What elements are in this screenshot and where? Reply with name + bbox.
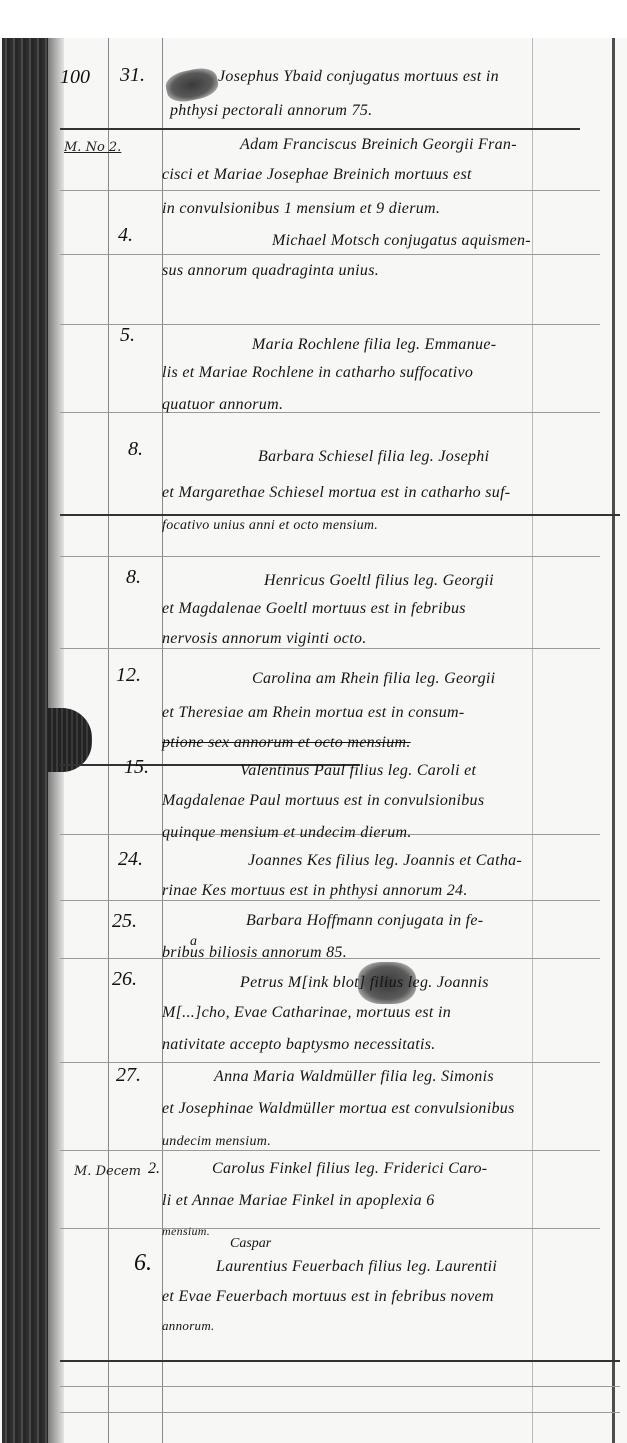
entry-line: undecim mensium. — [162, 1134, 607, 1150]
rule — [60, 648, 600, 649]
entry-day: 2. — [148, 1160, 160, 1178]
entry-line: et Margarethae Schiesel mortua est in ca… — [162, 484, 607, 502]
entry-line: mensium. — [162, 1224, 607, 1239]
entry-line: Henricus Goeltl filius leg. Georgii — [264, 572, 627, 590]
entry-line: annorum. — [162, 1318, 607, 1334]
entry-day: 25. — [112, 910, 137, 933]
entry-line: Adam Franciscus Breinich Georgii Fran- — [240, 136, 618, 154]
entry-line: cisci et Mariae Josephae Breinich mortuu… — [162, 166, 607, 184]
entry-day: 5. — [120, 324, 135, 347]
entry-line: Laurentius Feuerbach filius leg. Laurent… — [216, 1258, 594, 1276]
entry-day: 6. — [134, 1250, 152, 1277]
book-binding-shadow — [2, 38, 48, 1443]
entry-line: quatuor annorum. — [162, 396, 607, 414]
entry-line: Josephus Ybaid conjugatus mortuus est in — [218, 68, 596, 86]
column-rule-margin — [108, 38, 109, 1443]
rule — [60, 1412, 620, 1413]
rule — [60, 1062, 600, 1063]
entry-line: Carolus Finkel filius leg. Friderici Car… — [212, 1160, 590, 1178]
entry-line: Maria Rochlene filia leg. Emmanue- — [252, 336, 627, 354]
entry-day: 24. — [118, 848, 143, 871]
month-marker: M. No 2. — [64, 140, 121, 155]
rule — [60, 324, 600, 325]
entry-line: Petrus M[ink blot] filius leg. Joannis — [240, 974, 618, 992]
entry-line: Barbara Schiesel filia leg. Josephi — [258, 448, 627, 466]
entry-line: Barbara Hoffmann conjugata in fe- — [246, 912, 624, 930]
entry-line: Magdalenae Paul mortuus est in convulsio… — [162, 792, 607, 810]
entry-line: bribus biliosis annorum 85. — [162, 944, 607, 962]
entry-line: rinae Kes mortuus est in phthysi annorum… — [162, 882, 607, 900]
rule — [60, 900, 600, 901]
entry-day: 8. — [128, 438, 143, 461]
rule — [60, 1386, 620, 1387]
entry-line: focativo unius anni et octo mensium. — [162, 518, 607, 534]
entry-line: Valentinus Paul filius leg. Caroli et — [240, 762, 618, 780]
entry-line: ptione sex annorum et octo mensium. — [162, 734, 607, 752]
entry-line: et Magdalenae Goeltl mortuus est in febr… — [162, 600, 607, 618]
correction-inserted-name: Caspar — [230, 1236, 271, 1252]
entry-line: Michael Motsch conjugatus aquismen- — [272, 232, 627, 250]
entry-line: et Josephinae Waldmüller mortua est conv… — [162, 1100, 607, 1118]
entry-day: 15. — [124, 756, 149, 779]
rule — [60, 556, 600, 557]
entry-day: 12. — [116, 664, 141, 687]
entry-line: lis et Mariae Rochlene in catharho suffo… — [162, 364, 607, 382]
entry-line: Carolina am Rhein filia leg. Georgii — [252, 670, 627, 688]
rule — [60, 190, 600, 191]
month-marker: M. Decem — [74, 1164, 141, 1179]
entry-day: 26. — [112, 968, 137, 991]
entry-line: nativitate accepto baptysmo necessitatis… — [162, 1036, 607, 1054]
entry-line: in convulsionibus 1 mensium et 9 dierum. — [162, 200, 607, 218]
entry-line: phthysi pectorali annorum 75. — [170, 102, 615, 120]
entry-line: Joannes Kes filius leg. Joannis et Catha… — [248, 852, 626, 870]
entry-line: et Evae Feuerbach mortuus est in febribu… — [162, 1288, 607, 1306]
entry-line: li et Annae Mariae Finkel in apoplexia 6 — [162, 1192, 607, 1210]
rule — [60, 128, 580, 130]
entry-line: et Theresiae am Rhein mortua est in cons… — [162, 704, 607, 722]
page-number: 100 — [60, 66, 90, 89]
entry-day: 4. — [118, 224, 133, 247]
entry-line: nervosis annorum viginti octo. — [162, 630, 607, 648]
entry-day: 8. — [126, 566, 141, 589]
entry-line: Anna Maria Waldmüller filia leg. Simonis — [214, 1068, 592, 1086]
entry-day: 27. — [116, 1064, 141, 1087]
rule — [60, 1150, 600, 1151]
entry-day: 31. — [120, 64, 145, 87]
rule — [60, 254, 600, 255]
entry-line: quinque mensium et undecim dierum. — [162, 824, 607, 842]
entry-line: M[...]cho, Evae Catharinae, mortuus est … — [162, 1004, 607, 1022]
rule — [60, 1360, 620, 1362]
rule — [60, 514, 620, 516]
entry-line: sus annorum quadraginta unius. — [162, 262, 607, 280]
